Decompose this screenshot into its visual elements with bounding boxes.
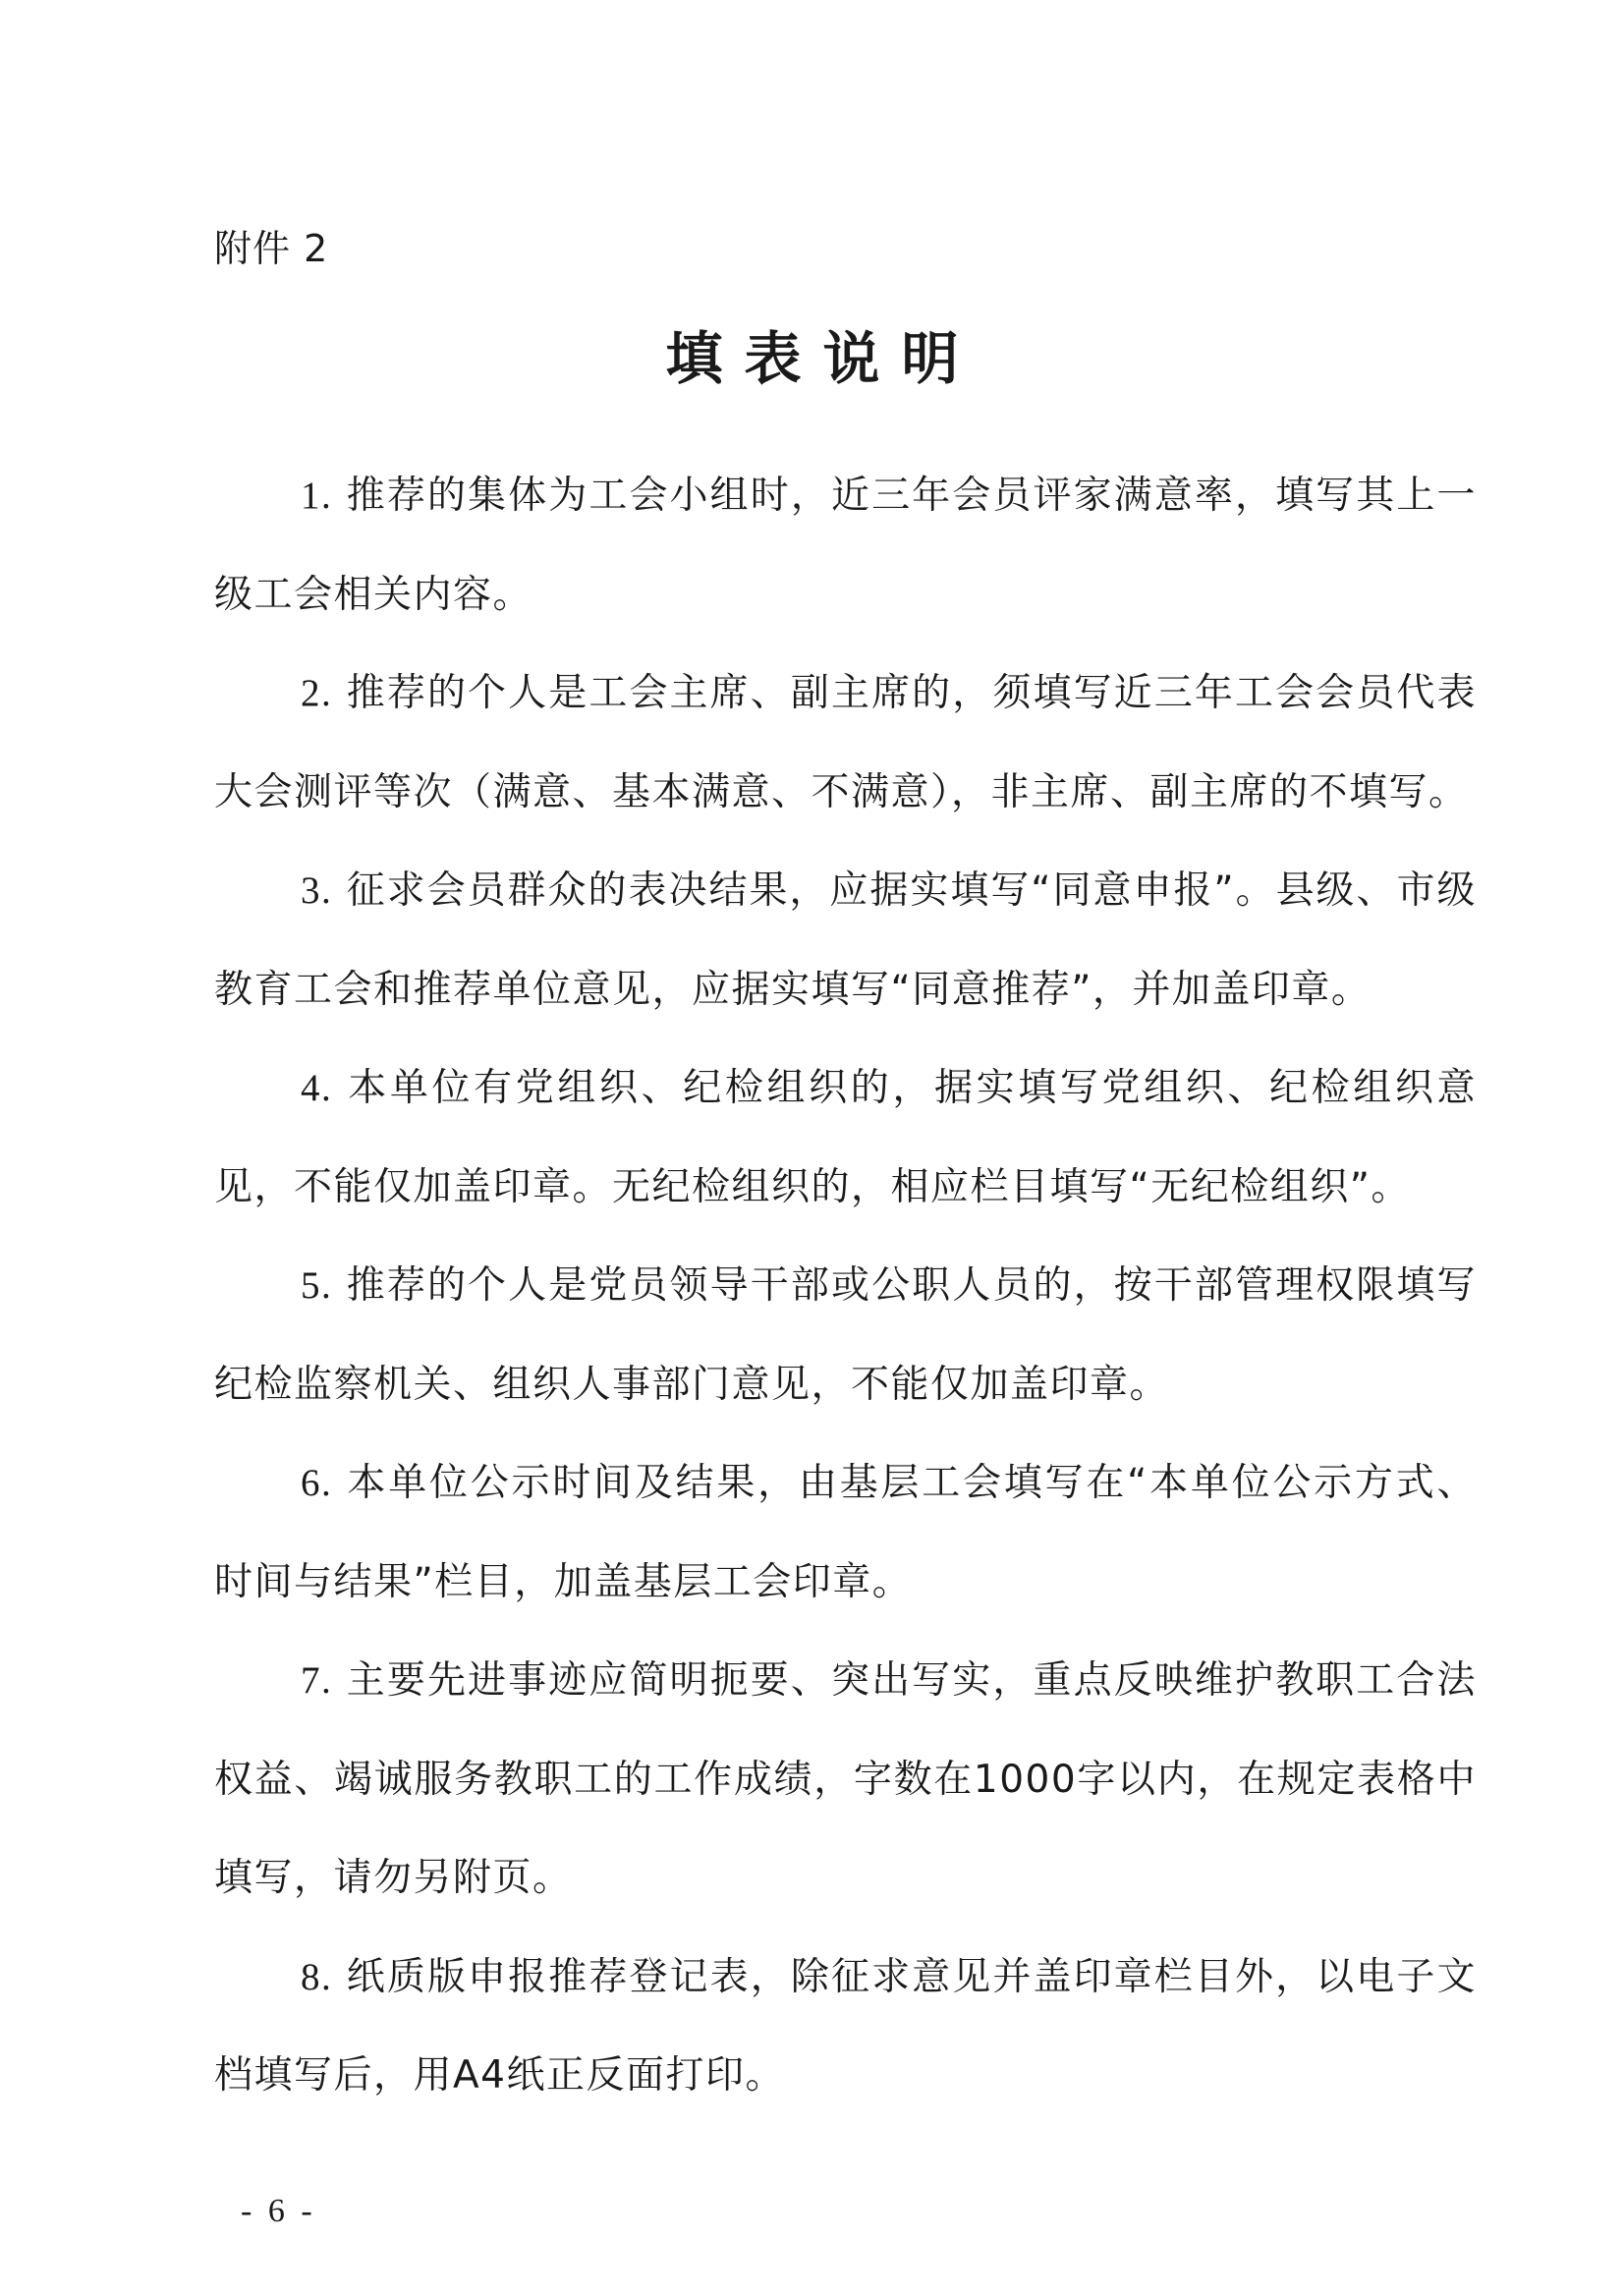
instruction-item-6: 6. 本单位公示时间及结果，由基层工会填写在“本单位公示方式、时间与结果”栏目，… [214, 1434, 1477, 1632]
item-number: 8. [301, 1956, 332, 1998]
page-number: - 6 - [241, 2193, 316, 2230]
document-title: 填表说明 [0, 312, 1624, 395]
item-number: 7. [301, 1659, 332, 1702]
instruction-item-4: 4. 本单位有党组织、纪检组织的，据实填写党组织、纪检组织意见，不能仅加盖印章。… [214, 1039, 1477, 1237]
instruction-item-2: 2. 推荐的个人是工会主席、副主席的，须填写近三年工会会员代表大会测评等次（满意… [214, 644, 1477, 842]
instruction-item-7: 7. 主要先进事迹应简明扼要、突出写实，重点反映维护教职工合法权益、竭诚服务教职… [214, 1632, 1477, 1929]
instructions-list: 1. 推荐的集体为工会小组时，近三年会员评家满意率，填写其上一级工会相关内容。 … [214, 447, 1477, 2126]
item-number: 2. [301, 672, 332, 714]
attachment-label: 附件 2 [214, 218, 328, 272]
item-text: 推荐的个人是工会主席、副主席的，须填写近三年工会会员代表大会测评等次（满意、基本… [214, 671, 1477, 814]
document-page: 附件 2 填表说明 1. 推荐的集体为工会小组时，近三年会员评家满意率，填写其上… [0, 0, 1624, 2295]
instruction-item-1: 1. 推荐的集体为工会小组时，近三年会员评家满意率，填写其上一级工会相关内容。 [214, 447, 1477, 644]
item-text: 纸质版申报推荐登记表，除征求意见并盖印章栏目外，以电子文档填写后，用A4纸正反面… [214, 1955, 1477, 2099]
instruction-item-5: 5. 推荐的个人是党员领导干部或公职人员的，按干部管理权限填写纪检监察机关、组织… [214, 1237, 1477, 1434]
item-number: 6. [301, 1462, 332, 1504]
item-number: 1. [301, 475, 332, 517]
item-text: 推荐的个人是党员领导干部或公职人员的，按干部管理权限填写纪检监察机关、组织人事部… [214, 1263, 1477, 1407]
item-text: 本单位公示时间及结果，由基层工会填写在“本单位公示方式、时间与结果”栏目，加盖基… [214, 1461, 1477, 1604]
instruction-item-8: 8. 纸质版申报推荐登记表，除征求意见并盖印章栏目外，以电子文档填写后，用A4纸… [214, 1929, 1477, 2126]
item-text: 征求会员群众的表决结果，应据实填写“同意申报”。县级、市级教育工会和推荐单位意见… [214, 868, 1477, 1012]
item-number: 5. [301, 1264, 332, 1307]
item-text: 推荐的集体为工会小组时，近三年会员评家满意率，填写其上一级工会相关内容。 [214, 474, 1477, 617]
item-number: 3. [301, 869, 332, 912]
item-text: 主要先进事迹应简明扼要、突出写实，重点反映维护教职工合法权益、竭诚服务教职工的工… [214, 1658, 1477, 1900]
item-number: 4. [301, 1067, 332, 1109]
item-text: 本单位有党组织、纪检组织的，据实填写党组织、纪检组织意见，不能仅加盖印章。无纪检… [214, 1066, 1477, 1209]
instruction-item-3: 3. 征求会员群众的表决结果，应据实填写“同意申报”。县级、市级教育工会和推荐单… [214, 842, 1477, 1039]
